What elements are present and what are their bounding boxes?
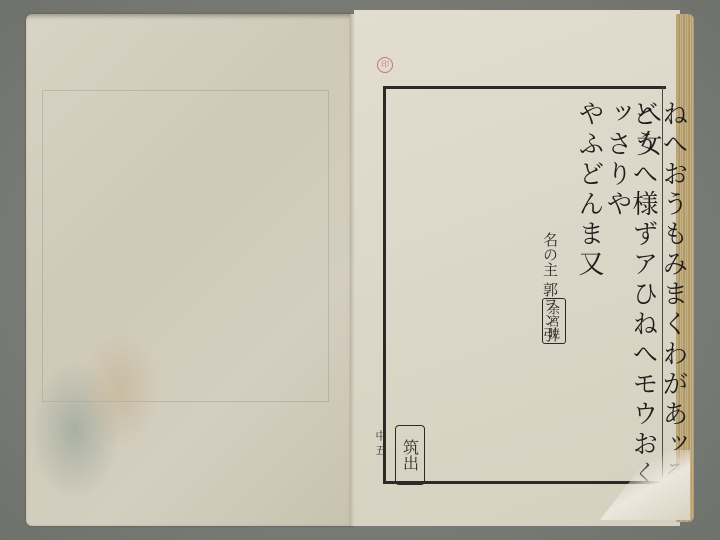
text-column: やふどんま又	[576, 100, 602, 280]
publisher-stamp: 筑出	[395, 425, 425, 485]
left-page-stain	[80, 330, 160, 450]
folio-mark: 中 五	[372, 430, 388, 456]
artist-stamp: 余宮暁	[542, 298, 566, 344]
red-seal: 印	[377, 57, 393, 73]
